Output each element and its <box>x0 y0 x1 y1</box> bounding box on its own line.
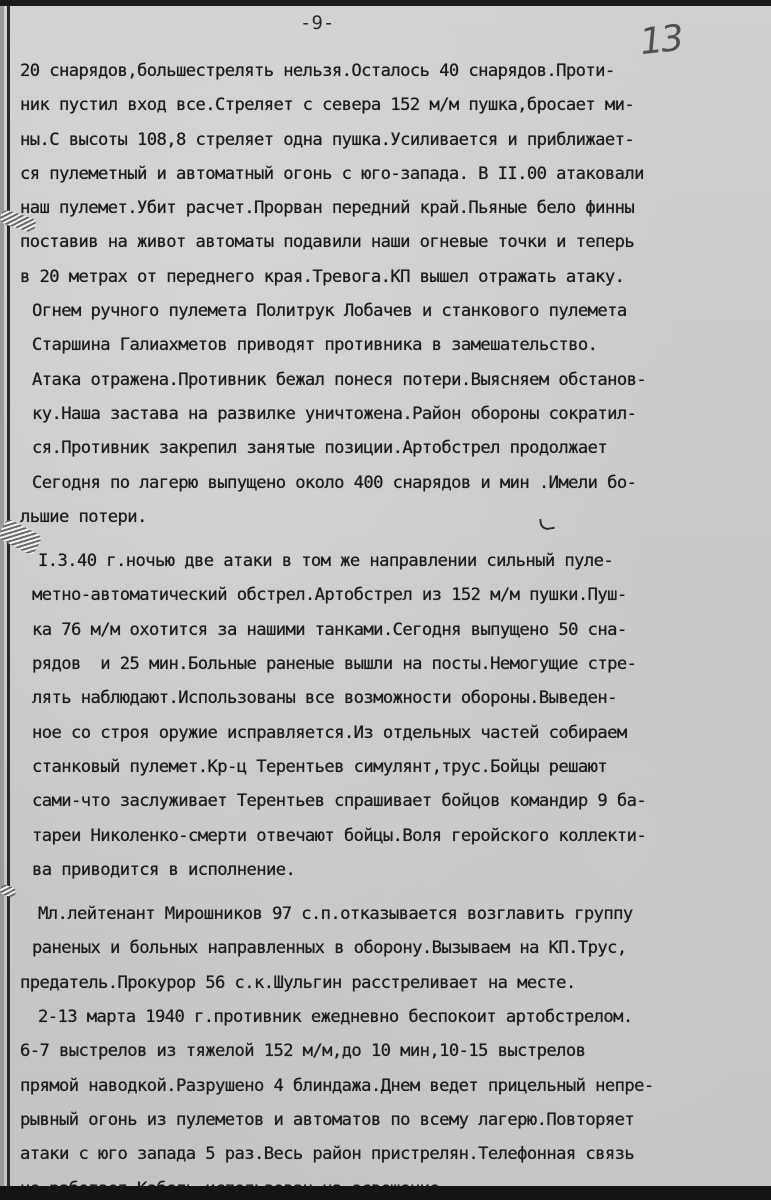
text-line: ку.Наша застава на развилке уничтожена.Р… <box>20 397 760 431</box>
typewritten-text-body: 20 снарядов,большестрелять нельзя.Остало… <box>20 54 760 1186</box>
binding-edge <box>0 6 4 1186</box>
text-line: станковый пулемет.Кр-ц Терентьев симулян… <box>20 750 760 784</box>
text-line: тареи Николенко-смерти отвечают бойцы.Во… <box>20 819 760 853</box>
text-line: раненых и больных направленных в оборону… <box>20 931 760 965</box>
text-line: ся.Противник закрепил занятые позиции.Ар… <box>20 431 760 465</box>
page-number: -9- <box>300 12 334 34</box>
text-line: не работает.Кабель использован на освеще… <box>20 1172 760 1187</box>
text-line: 20 снарядов,большестрелять нельзя.Остало… <box>20 54 760 88</box>
text-line: сами-что заслуживает Терентьев спрашивае… <box>20 784 760 818</box>
text-line: ное со строя оружие исправляется.Из отде… <box>20 716 760 750</box>
text-line: атаки с юго запада 5 раз.Весь район прис… <box>20 1137 760 1171</box>
text-line: ка 76 м/м охотится за нашими танками.Сег… <box>20 613 760 647</box>
text-line: Старшина Галиахметов приводят противника… <box>20 328 760 362</box>
text-line: наш пулемет.Убит расчет.Прорван передний… <box>20 191 760 225</box>
text-line: рядов и 25 мин.Больные раненые вышли на … <box>20 647 760 681</box>
scan-bottom-edge <box>0 1186 771 1200</box>
text-line: Огнем ручного пулемета Политрук Лобачев … <box>20 294 760 328</box>
text-line: лять наблюдают.Использованы все возможно… <box>20 681 760 715</box>
text-line: в 20 метрах от переднего края.Тревога.КП… <box>20 260 760 294</box>
text-line: I.3.40 г.ночью две атаки в том же направ… <box>20 544 760 578</box>
text-line: ва приводится в исполнение. <box>20 853 760 887</box>
binding-line <box>7 6 10 1186</box>
text-line: ны.С высоты 108,8 стреляет одна пушка.Ус… <box>20 123 760 157</box>
text-line: рывный огонь из пулеметов и автоматов по… <box>20 1103 760 1137</box>
text-line: Сегодня по лагерю выпущено около 400 сна… <box>20 466 760 500</box>
text-line: Атака отражена.Противник бежал понеся по… <box>20 363 760 397</box>
text-line: поставив на живот автоматы подавили наши… <box>20 225 760 259</box>
text-line: ся пулеметный и автоматный огонь с юго-з… <box>20 157 760 191</box>
text-line: 2-13 марта 1940 г.противник ежедневно бе… <box>20 1000 760 1034</box>
text-line: метно-автоматический обстрел.Артобстрел … <box>20 578 760 612</box>
text-line: предатель.Прокурор 56 с.к.Шульгин расстр… <box>20 966 760 1000</box>
text-line: льшие потери. <box>20 500 760 534</box>
text-line: прямой наводкой.Разрушено 4 блиндажа.Дне… <box>20 1069 760 1103</box>
text-line: Мл.лейтенант Мирошников 97 с.п.отказывае… <box>20 897 760 931</box>
text-line: 6-7 выстрелов из тяжелой 152 м/м,до 10 м… <box>20 1034 760 1068</box>
document-page: -9- 13 20 снарядов,большестрелять нельзя… <box>0 6 771 1186</box>
text-line: ник пустил вход все.Стреляет с севера 15… <box>20 88 760 122</box>
